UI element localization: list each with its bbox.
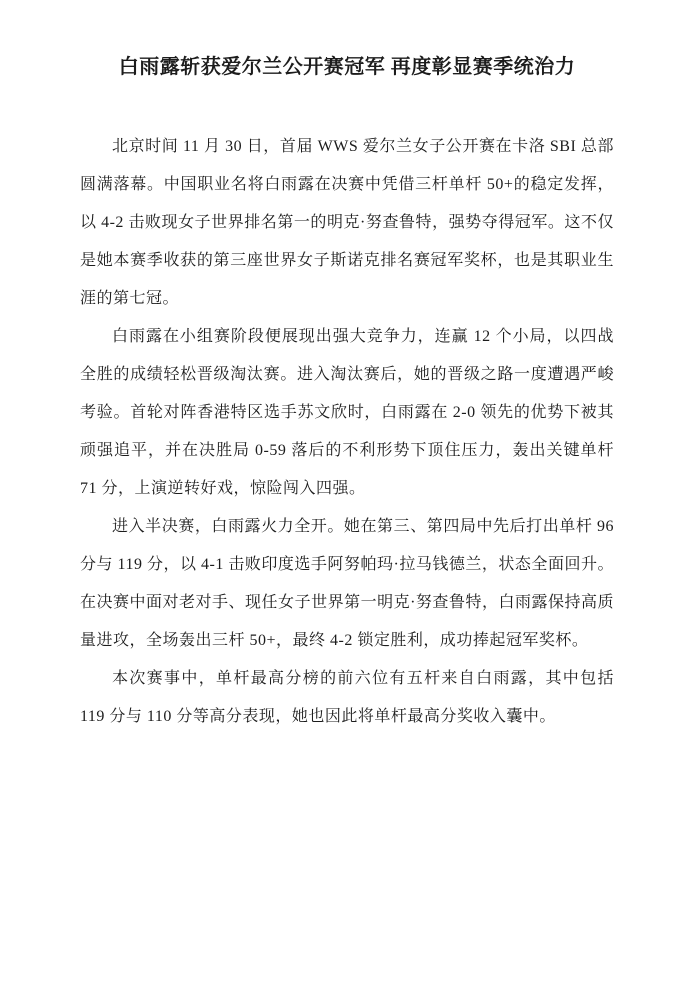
document-page: 白雨露斩获爱尔兰公开赛冠军 再度彰显赛季统治力 北京时间 11 月 30 日，首…	[0, 0, 694, 982]
article-title: 白雨露斩获爱尔兰公开赛冠军 再度彰显赛季统治力	[80, 52, 614, 82]
paragraph-4: 本次赛事中，单杆最高分榜的前六位有五杆来自白雨露，其中包括 119 分与 110…	[80, 660, 614, 736]
paragraph-1: 北京时间 11 月 30 日，首届 WWS 爱尔兰女子公开赛在卡洛 SBI 总部…	[80, 128, 614, 318]
paragraph-2: 白雨露在小组赛阶段便展现出强大竞争力，连赢 12 个小局，以四战全胜的成绩轻松晋…	[80, 318, 614, 508]
paragraph-3: 进入半决赛，白雨露火力全开。她在第三、第四局中先后打出单杆 96 分与 119 …	[80, 508, 614, 660]
